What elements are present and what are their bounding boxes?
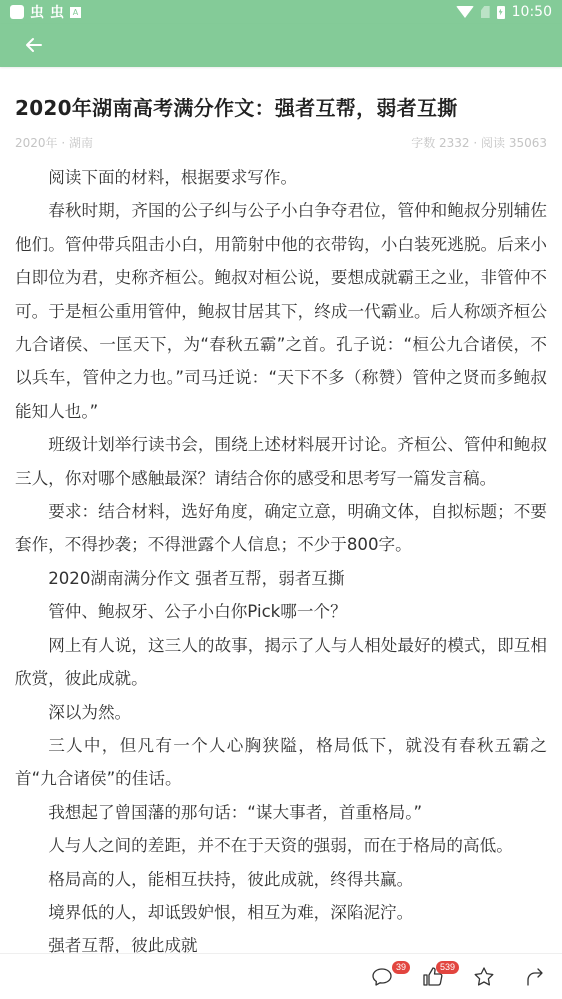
arrow-left-icon: [22, 33, 46, 57]
paragraph: 格局高的人，能相互扶持，彼此成就，终得共赢。: [15, 863, 547, 896]
article-title: 2020年湖南高考满分作文：强者互帮，弱者互撕: [15, 92, 458, 121]
star-icon: [472, 965, 496, 989]
paragraph: 网上有人说，这三人的故事，揭示了人与人相处最好的模式，即互相欣赏，彼此成就。: [15, 629, 547, 696]
back-button[interactable]: [22, 33, 46, 57]
article-body: 阅读下面的材料，根据要求写作。 春秋时期，齐国的公子纠与公子小白争夺君位，管仲和…: [15, 161, 547, 963]
a-keyboard-icon: A: [70, 7, 81, 18]
bottom-action-bar: 39 539: [0, 953, 562, 999]
square-notification-icon: [10, 5, 24, 19]
bug-icon: 虫: [50, 2, 64, 22]
app-bar: [0, 24, 562, 67]
paragraph: 班级计划举行读书会，围绕上述材料展开讨论。齐桓公、管仲和鲍叔三人，你对哪个感触最…: [15, 428, 547, 495]
favorite-button[interactable]: [472, 965, 496, 989]
wifi-icon: [456, 6, 474, 18]
clock: 10:50: [512, 4, 552, 20]
paragraph: 2020湖南满分作文 强者互帮，弱者互撕: [15, 562, 547, 595]
paragraph: 我想起了曾国藩的那句话：“谋大事者，首重格局。”: [15, 796, 547, 829]
share-icon: [523, 965, 547, 989]
like-button[interactable]: 539: [421, 965, 445, 989]
article-meta: 2020年 · 湖南 字数 2332 · 阅读 35063: [15, 134, 547, 151]
paragraph: 管仲、鲍叔牙、公子小白你Pick哪一个？: [15, 595, 547, 628]
battery-charging-icon: [497, 6, 505, 19]
status-bar-system: 10:50: [456, 4, 552, 20]
paragraph: 阅读下面的材料，根据要求写作。: [15, 161, 547, 194]
paragraph: 春秋时期，齐国的公子纠与公子小白争夺君位，管仲和鲍叔分别辅佐他们。管仲带兵阻击小…: [15, 194, 547, 428]
paragraph: 境界低的人，却诋毁妒恨，相互为难，深陷泥泞。: [15, 896, 547, 929]
paragraph: 三人中，但凡有一个人心胸狭隘，格局低下，就没有春秋五霸之首“九合诸侯”的佳话。: [15, 729, 547, 796]
bug-icon: 虫: [30, 2, 44, 22]
like-count-badge: 539: [436, 961, 459, 974]
article-year-region: 2020年 · 湖南: [15, 134, 93, 151]
comment-count-badge: 39: [392, 961, 410, 974]
comment-icon: [370, 965, 394, 989]
paragraph: 要求：结合材料，选好角度，确定立意，明确文体，自拟标题；不要套作，不得抄袭；不得…: [15, 495, 547, 562]
comment-button[interactable]: 39: [370, 965, 394, 989]
share-button[interactable]: [523, 965, 547, 989]
paragraph: 人与人之间的差距，并不在于天资的强弱，而在于格局的高低。: [15, 829, 547, 862]
paragraph: 深以为然。: [15, 696, 547, 729]
status-bar-notifications: 虫 虫 A: [10, 2, 81, 22]
no-sim-icon: [481, 6, 490, 18]
status-bar: 虫 虫 A 10:50: [0, 0, 562, 24]
article-stats: 字数 2332 · 阅读 35063: [411, 134, 547, 151]
